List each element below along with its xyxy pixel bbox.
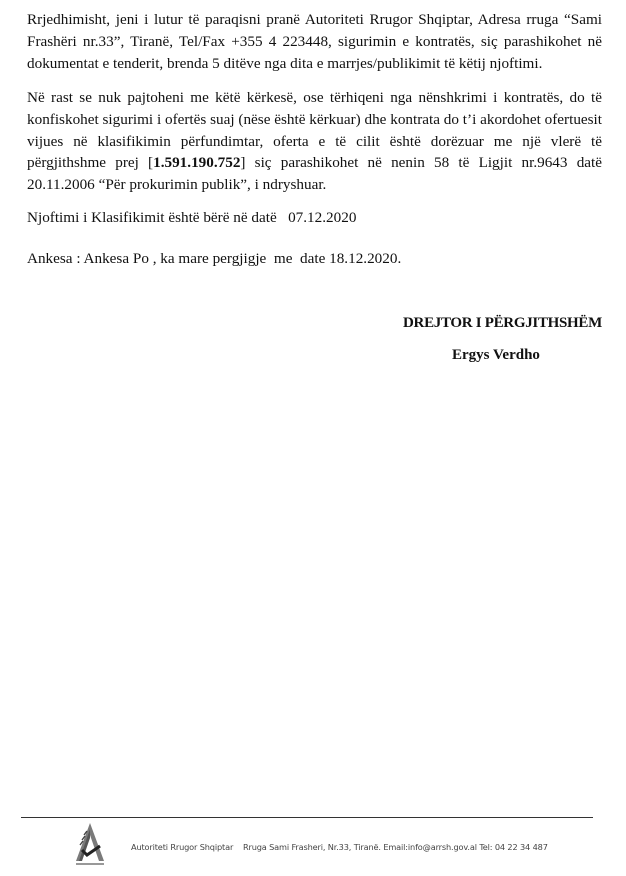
footer-divider xyxy=(21,817,593,818)
signature-title: DREJTOR I PËRGJITHSHËM xyxy=(403,313,602,333)
classification-notice-date: Njoftimi i Klasifikimit është bërë në da… xyxy=(27,207,356,229)
complaint-status: Ankesa : Ankesa Po , ka mare pergjigje m… xyxy=(27,248,401,270)
footer-contact-line: Autoriteti Rrugor Shqiptar Rruga Sami Fr… xyxy=(131,842,548,852)
footer-organization: Autoriteti Rrugor Shqiptar xyxy=(131,842,233,852)
footer-contact: Rruga Sami Frasheri, Nr.33, Tiranë. Emai… xyxy=(243,842,548,852)
offer-amount: 1.591.190.752 xyxy=(153,154,240,171)
paragraph-refusal-consequence: Në rast se nuk pajtoheni me këtë kërkesë… xyxy=(27,87,602,196)
signatory-name: Ergys Verdho xyxy=(452,345,540,365)
document-page: Rrjedhimisht, jeni i lutur të paraqisni … xyxy=(0,0,626,876)
arrsh-logo-icon xyxy=(74,821,106,867)
paragraph-contract-guarantee: Rrjedhimisht, jeni i lutur të paraqisni … xyxy=(27,9,602,74)
